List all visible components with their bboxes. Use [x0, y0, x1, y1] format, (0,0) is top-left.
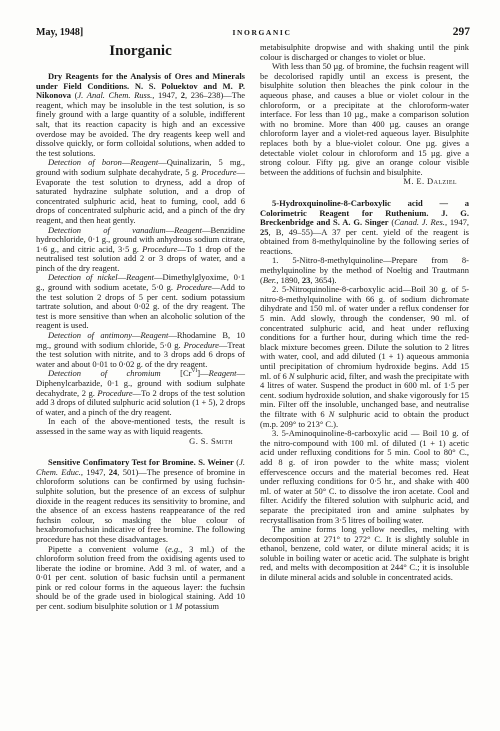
- italic-run: Reagent: [140, 330, 168, 340]
- metabisulphite-continuation-para: metabisulphite dropwise and with shaking…: [260, 43, 469, 62]
- text-run: 2. 5-Nitroquinoline-8-carboxylic acid—Bo…: [260, 284, 469, 380]
- italic-run: Procedure: [97, 388, 132, 398]
- text-run: —Evaporate the test solution to dryness,…: [36, 167, 245, 225]
- header-running-title: INORGANIC: [232, 28, 291, 37]
- detection-of-chromium-para: Detection of chromium [CrVI]—Reagent—Dip…: [36, 369, 245, 417]
- italic-run: Procedure: [142, 244, 177, 254]
- text-run: —: [118, 272, 127, 282]
- bold-run: S. Weiner: [198, 457, 234, 467]
- italic-run: Reagent: [209, 368, 237, 378]
- italic-run: Detection of chromium: [48, 368, 161, 378]
- bromine-sensitivity-para: With less than 50 µg. of bromine, the fu…: [260, 62, 469, 187]
- reaction-step-1-para: 1. 5-Nitro-8-methylquinoline—Prepare fro…: [260, 256, 469, 285]
- amine-properties-para: The amine forms long yellow needles, mel…: [260, 525, 469, 583]
- italic-run: Ber.: [263, 275, 276, 285]
- italic-run: Detection of boron: [48, 157, 122, 167]
- text-run: Pipette a convenient volume (: [48, 544, 168, 554]
- left-column: Inorganic Dry Reagents for the Analysis …: [36, 43, 245, 612]
- italic-run: vanadium: [132, 225, 166, 235]
- text-run: [Cr: [161, 368, 192, 378]
- italic-run: Reagent: [174, 225, 202, 235]
- text-run: , 1947,: [445, 217, 469, 227]
- text-run: , 236–238)—The reagent, which may be ins…: [36, 90, 245, 158]
- bold-run: Sensitive Confimatory Test for Bromine.: [48, 457, 196, 467]
- italic-run: J. Anal. Chem. Russ.: [77, 90, 152, 100]
- italic-run: Canad. J. Res.: [394, 217, 445, 227]
- text-run: , B, 49–55)—A 37 per cent. yield of the …: [260, 227, 469, 256]
- journal-page: May, 1948] INORGANIC 297 Inorganic Dry R…: [0, 0, 500, 731]
- detection-of-vanadium-para: Detection of vanadium—Reagent—Benzidine …: [36, 226, 245, 274]
- text-run: , 3654).: [310, 275, 336, 285]
- text-run: With less than 50 µg. of bromine, the fu…: [260, 61, 469, 177]
- abstract-dry-reagents-title-para: Dry Reagents for the Analysis of Ores an…: [36, 72, 245, 158]
- italic-run: of: [103, 225, 110, 235]
- text-run: , 1890,: [276, 275, 302, 285]
- text-run: The amine forms long yellow needles, mel…: [260, 524, 469, 582]
- header-page-number: 297: [453, 26, 470, 38]
- reaction-step-3-para: 3. 5-Aminoquinoline-8-carboxylic acid — …: [260, 429, 469, 525]
- italic-run: Detection: [48, 225, 81, 235]
- italic-run: Reagent: [130, 157, 158, 167]
- author-signature: M. E. Dalziel: [391, 177, 457, 187]
- text-run: [428, 208, 441, 218]
- reaction-step-2-para: 2. 5-Nitroquinoline-8-carboxylic acid—Bo…: [260, 285, 469, 429]
- italic-run: Reagent: [126, 272, 154, 282]
- detection-of-boron-para: Detection of boron—Reagent—Quinalizarin,…: [36, 158, 245, 225]
- left-column-text: Dry Reagents for the Analysis of Ores an…: [36, 72, 245, 612]
- abstract-ruthenium-title-para: 5-Hydroxquinoline-8-Carboxylic acid — a …: [260, 199, 469, 257]
- section-title: Inorganic: [36, 43, 245, 60]
- text-run: [110, 225, 132, 235]
- italic-run: Procedure: [177, 282, 212, 292]
- text-run: potassium: [182, 601, 219, 611]
- italic-run: Detection of nickel: [48, 272, 118, 282]
- text-run: —: [166, 225, 175, 235]
- text-run: metabisulphite dropwise and with shaking…: [260, 42, 469, 62]
- italic-run: Procedure: [201, 167, 236, 177]
- two-column-text-area: Inorganic Dry Reagents for the Analysis …: [36, 43, 470, 612]
- abstract-bromine-title-para: Sensitive Confimatory Test for Bromine. …: [36, 458, 245, 544]
- pipette-procedure-para: Pipette a convenient volume (e.g., 3 ml.…: [36, 545, 245, 612]
- italic-run: Procedure: [184, 340, 219, 350]
- detection-of-antimony-para: Detection of antimony—Reagent—Rhodamine …: [36, 331, 245, 369]
- italic-run: Detection of antimony: [48, 330, 132, 340]
- author-signature: G. S. Smith: [177, 437, 233, 447]
- header-issue-date: May, 1948]: [36, 27, 83, 38]
- text-run: , 501)—The presence of bromine in chloro…: [36, 467, 245, 544]
- conclusion-para: In each of the above-mentioned tests, th…: [36, 417, 245, 446]
- italic-run: e.g.: [168, 544, 180, 554]
- text-run: 3. 5-Aminoquinoline-8-carboxylic acid — …: [260, 428, 469, 524]
- text-run: , 1947,: [152, 90, 180, 100]
- text-run: , 1947,: [81, 467, 109, 477]
- text-run: [81, 225, 103, 235]
- text-run: ]—: [197, 368, 208, 378]
- bold-run: 24: [109, 467, 118, 477]
- detection-of-nickel-para: Detection of nickel—Reagent—Dimethylglyo…: [36, 273, 245, 331]
- bold-run: 25: [260, 227, 269, 237]
- text-run: In each of the above-mentioned tests, th…: [36, 416, 245, 436]
- right-column: metabisulphite dropwise and with shaking…: [260, 43, 469, 612]
- page-header: May, 1948] INORGANIC 297: [36, 26, 470, 38]
